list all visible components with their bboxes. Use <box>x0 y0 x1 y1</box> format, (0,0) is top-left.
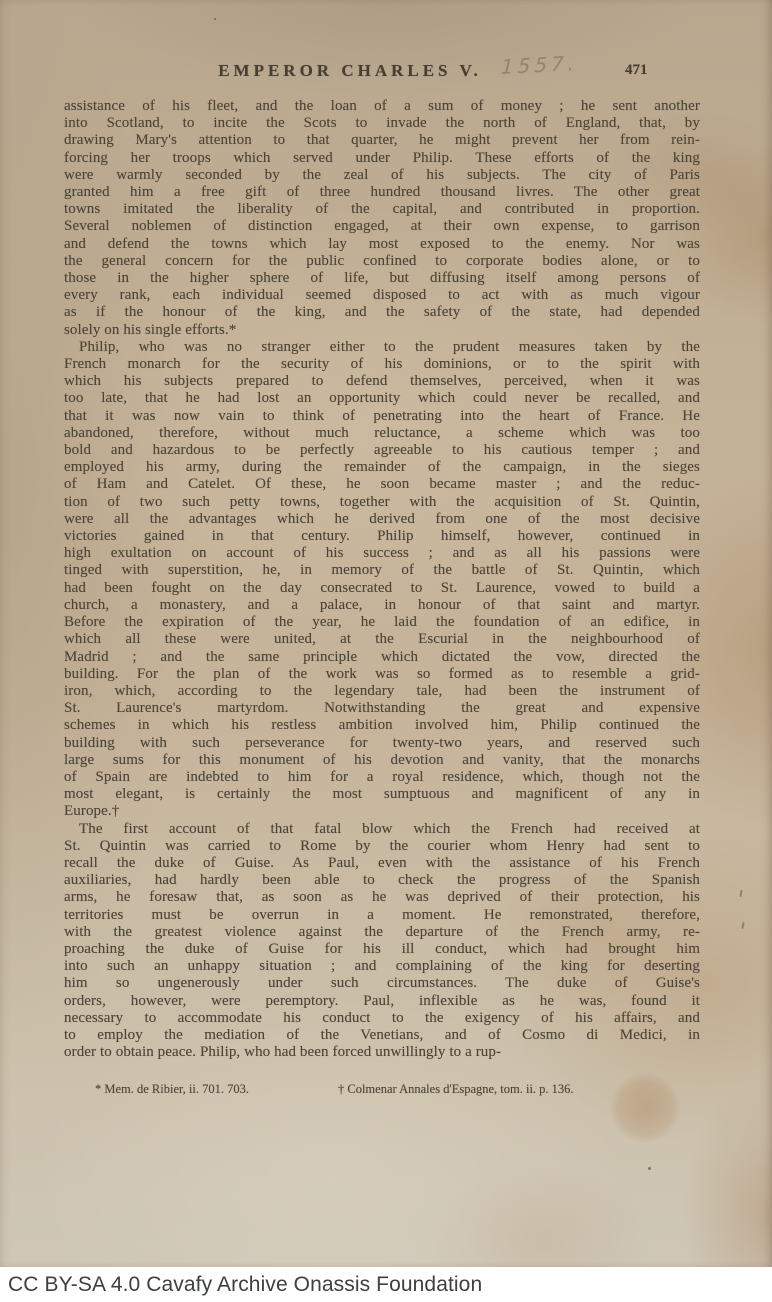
text-line: Europe.† <box>64 803 700 820</box>
text-line: of Spain are indebted to him for a royal… <box>64 769 700 786</box>
text-line: forcing her troops which served under Ph… <box>64 150 700 167</box>
text-line: and defend the towns which lay most expo… <box>64 236 700 253</box>
text-line: large sums for this monument of his devo… <box>64 752 700 769</box>
text-line: necessary to accommodate his conduct to … <box>64 1010 700 1027</box>
text-line: proaching the duke of Guise for his ill … <box>64 941 700 958</box>
text-line: order to obtain peace. Philip, who had b… <box>64 1044 700 1061</box>
text-line: Philip, who was no stranger either to th… <box>64 339 700 356</box>
text-line: the general concern for the public confi… <box>64 253 700 270</box>
scanned-book-page: EMPEROR CHARLES V. 1557. 471 assistance … <box>0 0 772 1302</box>
text-line: Madrid ; and the same principle which di… <box>64 649 700 666</box>
text-line: those in the higher sphere of life, but … <box>64 270 700 287</box>
page-number: 471 <box>625 62 648 79</box>
text-line: St. Laurence's martyrdom. Notwithstandin… <box>64 700 700 717</box>
text-line: solely on his single efforts.* <box>64 322 700 339</box>
text-line: which his subjects prepared to defend th… <box>64 373 700 390</box>
handwritten-year-annotation: 1557. <box>500 51 578 79</box>
text-line: were all the advantages which he derived… <box>64 511 700 528</box>
text-line: schemes in which his restless ambition i… <box>64 717 700 734</box>
text-line: which all these were united, at the Escu… <box>64 631 700 648</box>
text-line: were warmly seconded by the zeal of his … <box>64 167 700 184</box>
text-line: iron, which, according to the legendary … <box>64 683 700 700</box>
text-line: towns imitated the liberality of the cap… <box>64 201 700 218</box>
body-text-block: assistance of his fleet, and the loan of… <box>64 98 700 1061</box>
paragraph: assistance of his fleet, and the loan of… <box>64 98 700 339</box>
text-line: bold and hazardous to be perfectly agree… <box>64 442 700 459</box>
text-line: tinged with superstition, he, in memory … <box>64 562 700 579</box>
text-line: as if the honour of the king, and the sa… <box>64 304 700 321</box>
text-line: to employ the mediation of the Venetians… <box>64 1027 700 1044</box>
text-line: with the greatest violence against the d… <box>64 924 700 941</box>
text-line: every rank, each individual seemed dispo… <box>64 287 700 304</box>
text-line: territories must be overrun in a moment.… <box>64 907 700 924</box>
text-line: building with such perseverance for twen… <box>64 735 700 752</box>
text-line: The first account of that fatal blow whi… <box>64 821 700 838</box>
footnote-colmenar: † Colmenar Annales d'Espagne, tom. ii. p… <box>338 1082 574 1097</box>
text-line: of Ham and Catelet. Of these, he soon be… <box>64 476 700 493</box>
text-line: St. Quintin was carried to Rome by the c… <box>64 838 700 855</box>
running-title: EMPEROR CHARLES V. <box>218 61 482 81</box>
text-line: most elegant, is certainly the most sump… <box>64 786 700 803</box>
text-line: employed his army, during the remainder … <box>64 459 700 476</box>
ink-speck <box>214 18 216 20</box>
margin-mark <box>739 890 742 897</box>
footnote-ribier: * Mem. de Ribier, ii. 701. 703. <box>95 1082 249 1097</box>
text-line: that it was now vain to think of penetra… <box>64 408 700 425</box>
text-line: into such an unhappy situation ; and com… <box>64 958 700 975</box>
text-line: recall the duke of Guise. As Paul, even … <box>64 855 700 872</box>
text-line: granted him a free gift of three hundred… <box>64 184 700 201</box>
paragraph: Philip, who was no stranger either to th… <box>64 339 700 821</box>
text-line: tion of two such petty towns, together w… <box>64 494 700 511</box>
license-caption-bar: CC BY-SA 4.0 Cavafy Archive Onassis Foun… <box>0 1267 772 1302</box>
text-line: victories gained in that century. Philip… <box>64 528 700 545</box>
text-line: church, a monastery, and a palace, in ho… <box>64 597 700 614</box>
text-line: Several noblemen of distinction engaged,… <box>64 218 700 235</box>
text-line: assistance of his fleet, and the loan of… <box>64 98 700 115</box>
text-line: into Scotland, to incite the Scots to in… <box>64 115 700 132</box>
text-line: abandoned, therefore, without much reluc… <box>64 425 700 442</box>
paragraph: The first account of that fatal blow whi… <box>64 821 700 1062</box>
text-line: had been fought on the day consecrated t… <box>64 580 700 597</box>
paper-background: EMPEROR CHARLES V. 1557. 471 assistance … <box>0 0 772 1267</box>
text-line: drawing Mary's attention to that quarter… <box>64 132 700 149</box>
text-line: auxiliaries, had hardly been able to che… <box>64 872 700 889</box>
text-line: French monarch for the security of his d… <box>64 356 700 373</box>
text-line: too late, that he had lost an opportunit… <box>64 390 700 407</box>
text-line: arms, he foresaw that, as soon as he was… <box>64 889 700 906</box>
text-line: orders, however, were peremptory. Paul, … <box>64 993 700 1010</box>
license-caption: CC BY-SA 4.0 Cavafy Archive Onassis Foun… <box>0 1273 482 1297</box>
text-line: building. For the plan of the work was s… <box>64 666 700 683</box>
text-line: high exultation on account of his succes… <box>64 545 700 562</box>
text-line: Before the expiration of the year, he la… <box>64 614 700 631</box>
text-line: him so ungenerously under such circumsta… <box>64 975 700 992</box>
ink-speck <box>648 1167 651 1170</box>
margin-mark <box>741 922 744 929</box>
